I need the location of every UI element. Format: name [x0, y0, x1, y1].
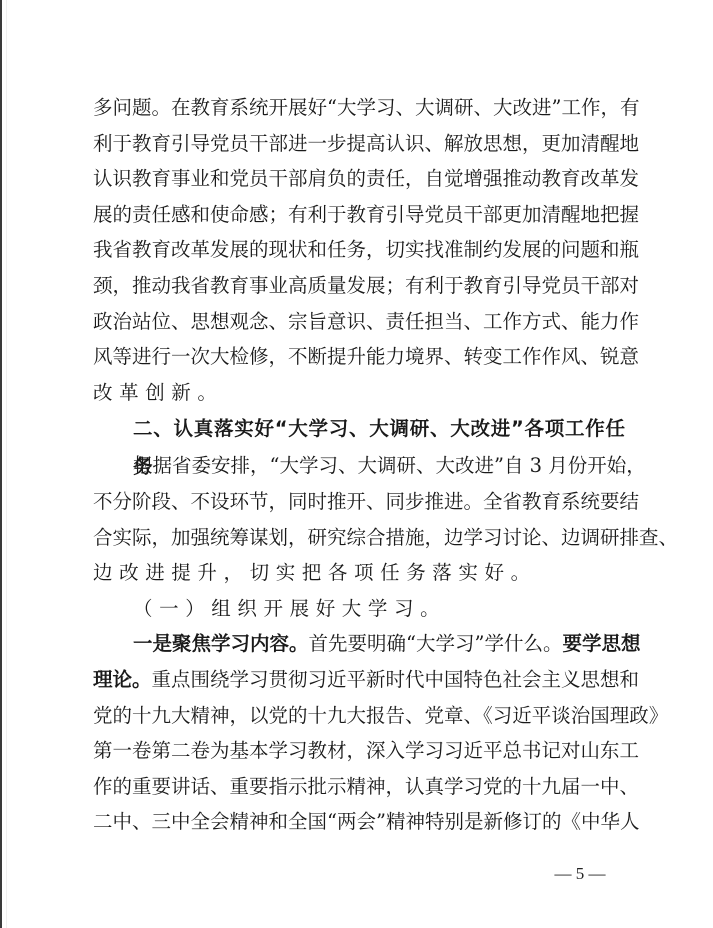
text-line: 我省教育改革发展的现状和任务，切实找准制约发展的问题和瓶 — [93, 232, 625, 268]
section-heading: 二、认真落实好“大学习、大调研、大改进”各项工作任务 — [93, 410, 625, 448]
text-line: 改革创新。 — [93, 375, 625, 411]
text-line: 不分阶段、不设环节，同时推开、同步推进。全省教育系统要结 — [93, 484, 625, 520]
bold-lead: 理论。 — [93, 668, 152, 691]
bold-lead: 要学思想 — [562, 632, 640, 655]
text-line: 合实际，加强统筹谋划，研究综合措施，边学习讨论、边调研排查、 — [93, 520, 625, 556]
text-line: 作的重要讲话、重要指示批示精神，认真学习党的十九届一中、 — [93, 769, 625, 805]
text-line: 颈，推动我省教育事业高质量发展；有利于教育引导党员干部对 — [93, 268, 625, 304]
text-line: 展的责任感和使命感；有利于教育引导党员干部更加清醒地把握 — [93, 197, 625, 233]
page-number: — 5 — — [540, 864, 620, 884]
text-run: 首先要明确“大学习”学什么。 — [309, 632, 563, 655]
text-line: 利于教育引导党员干部进一步提高认识、解放思想，更加清醒地 — [93, 126, 625, 162]
text-line: 边改进提升，切实把各项任务落实好。 — [93, 555, 625, 591]
text-line: 党的十九大精神，以党的十九大报告、党章、《习近平谈治国理政》 — [93, 698, 625, 734]
text-line: 根据省委安排，“大学习、大调研、大改进”自 3 月份开始， — [93, 448, 625, 484]
text-line: 理论。重点围绕学习贯彻习近平新时代中国特色社会主义思想和 — [93, 662, 625, 698]
text-line: 认识教育事业和党员干部肩负的责任，自觉增强推动教育改革发 — [93, 161, 625, 197]
bold-lead: 一是聚焦学习内容。 — [133, 632, 309, 655]
page-edge-shadow — [6, 0, 7, 928]
page-left-border — [0, 0, 2, 928]
document-page: 多问题。在教育系统开展好“大学习、大调研、大改进”工作，有 利于教育引导党员干部… — [93, 90, 625, 840]
text-line: 第一卷第二卷为基本学习教材，深入学习习近平总书记对山东工 — [93, 733, 625, 769]
text-line: 一是聚焦学习内容。首先要明确“大学习”学什么。要学思想 — [93, 626, 625, 662]
text-line: 风等进行一次大检修，不断提升能力境界、转变工作作风、锐意 — [93, 339, 625, 375]
subsection-heading: （一）组织开展好大学习。 — [93, 591, 625, 627]
text-line: 政治站位、思想观念、宗旨意识、责任担当、工作方式、能力作 — [93, 304, 625, 340]
text-run: 重点围绕学习贯彻习近平新时代中国特色社会主义思想和 — [152, 668, 640, 691]
text-line: 二中、三中全会精神和全国“两会”精神特别是新修订的《中华人 — [93, 804, 625, 840]
text-line: 多问题。在教育系统开展好“大学习、大调研、大改进”工作，有 — [93, 90, 625, 126]
